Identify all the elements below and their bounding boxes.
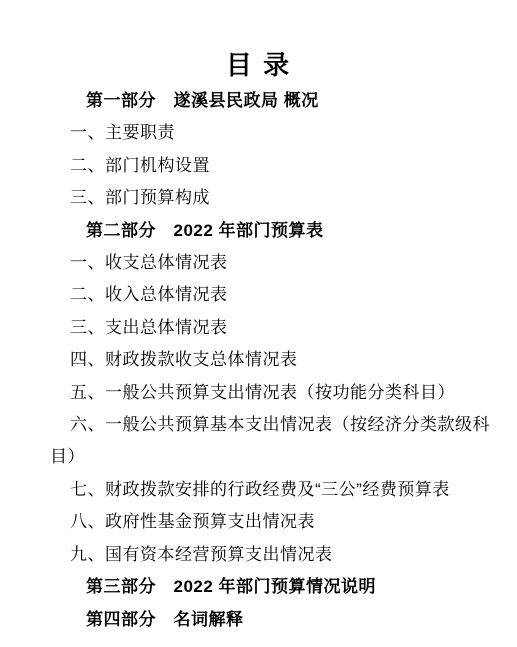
toc-heading-part4: 第四部分 名词解释 xyxy=(0,604,517,636)
toc-item: 二、收入总体情况表 xyxy=(0,279,517,311)
toc-item: 三、部门预算构成 xyxy=(0,182,517,214)
toc-item: 九、国有资本经营预算支出情况表 xyxy=(0,539,517,571)
toc-item: 五、一般公共预算支出情况表（按功能分类科目） xyxy=(0,377,517,409)
toc-item: 三、支出总体情况表 xyxy=(0,312,517,344)
toc-item-continuation: 目） xyxy=(0,441,517,473)
toc-heading-part2: 第二部分 2022 年部门预算表 xyxy=(0,215,517,247)
toc-item: 一、主要职责 xyxy=(0,117,517,149)
toc-item: 二、部门机构设置 xyxy=(0,150,517,182)
toc-heading-part3: 第三部分 2022 年部门预算情况说明 xyxy=(0,571,517,603)
toc-item: 七、财政拨款安排的行政经费及“三公”经费预算表 xyxy=(0,474,517,506)
toc-item: 六、一般公共预算基本支出情况表（按经济分类款级科 xyxy=(0,409,517,441)
toc-item: 八、政府性基金预算支出情况表 xyxy=(0,506,517,538)
toc-heading-part1: 第一部分 遂溪县民政局 概况 xyxy=(0,85,517,117)
document-page: 目 录 第一部分 遂溪县民政局 概况 一、主要职责 二、部门机构设置 三、部门预… xyxy=(0,0,517,647)
toc-item: 一、收支总体情况表 xyxy=(0,247,517,279)
page-title: 目 录 xyxy=(0,0,517,81)
toc-item: 四、财政拨款收支总体情况表 xyxy=(0,344,517,376)
table-of-contents: 第一部分 遂溪县民政局 概况 一、主要职责 二、部门机构设置 三、部门预算构成 … xyxy=(0,85,517,636)
